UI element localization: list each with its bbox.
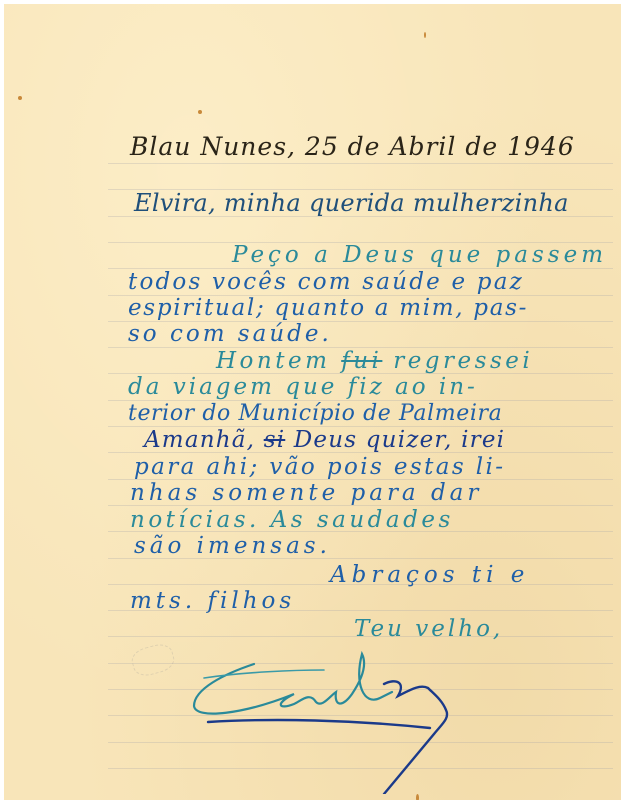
text: Hontem <box>216 348 341 374</box>
struck-word: si <box>264 427 286 453</box>
paragraph-2-line-6: nhas somente para dar <box>130 480 482 506</box>
paper-speck <box>424 32 426 38</box>
paragraph-2-line-1: Hontem fui regressei <box>216 348 533 374</box>
paragraph-2-line-8: são imensas. <box>134 533 331 559</box>
paragraph-1-line-2: todos vocês com saúde e paz <box>128 269 524 295</box>
valediction: Teu velho, <box>354 616 503 642</box>
paper-speck <box>416 794 419 800</box>
paragraph-2-line-5: para ahi; vão pois estas li- <box>134 454 505 480</box>
letter-page: Blau Nunes, 25 de Abril de 1946 Elvira, … <box>0 0 621 800</box>
paragraph-1-line-4: so com saúde. <box>128 321 332 347</box>
struck-word: fui <box>341 348 382 374</box>
paragraph-2-line-3: terior do Município de Palmeira <box>128 401 502 426</box>
paragraph-2-line-4: Amanhã, si Deus quizer, irei <box>144 427 505 453</box>
closing-line-2: mts. filhos <box>130 588 295 614</box>
paper-speck <box>198 110 202 114</box>
signature <box>184 644 504 794</box>
ruled-line <box>108 163 613 164</box>
paragraph-2-line-7: notícias. As saudades <box>130 507 454 533</box>
paragraph-2-line-2: da viagem que fiz ao in- <box>128 374 478 400</box>
paragraph-1-line-1: Peço a Deus que passem <box>232 242 607 268</box>
place-date-heading: Blau Nunes, 25 de Abril de 1946 <box>130 132 575 161</box>
text: Amanhã, <box>144 427 264 453</box>
text: regressei <box>382 348 533 374</box>
closing-line-1: Abraços ti e <box>330 562 529 588</box>
text: Deus quizer, irei <box>285 427 505 453</box>
salutation: Elvira, minha querida mulherzinha <box>134 189 569 217</box>
paper-speck <box>18 96 22 100</box>
paragraph-1-line-3: espiritual; quanto a mim, pas- <box>128 295 528 321</box>
